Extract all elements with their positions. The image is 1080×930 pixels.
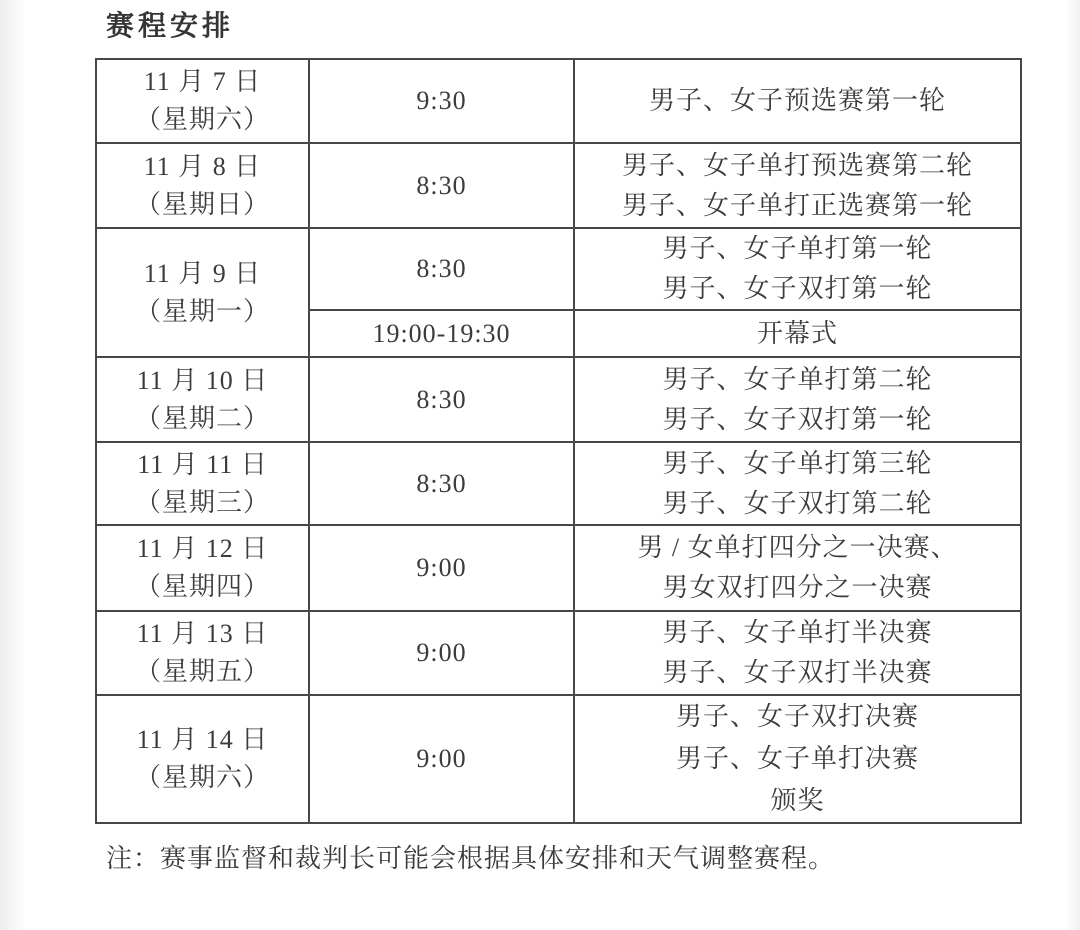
event-line: 男子、女子单打半决赛 <box>575 613 1020 653</box>
date-line: 11 月 7 日 <box>97 63 308 101</box>
date-cell: 11 月 8 日 （星期日） <box>96 143 309 228</box>
event-line: 男子、女子双打半决赛 <box>575 653 1020 693</box>
date-line: 11 月 14 日 <box>97 721 308 759</box>
event-line: 男子、女子单打第一轮 <box>575 229 1020 269</box>
date-cell: 11 月 12 日 （星期四） <box>96 525 309 611</box>
date-line: （星期三） <box>97 484 308 522</box>
event-line: 男子、女子预选赛第一轮 <box>575 81 1020 121</box>
event-line: 颁奖 <box>575 780 1020 822</box>
event-cell: 男子、女子单打第二轮 男子、女子双打第一轮 <box>574 357 1021 442</box>
event-cell: 男子、女子单打第三轮 男子、女子双打第二轮 <box>574 442 1021 525</box>
date-line: （星期日） <box>97 186 308 224</box>
date-cell: 11 月 7 日 （星期六） <box>96 59 309 143</box>
time-cell: 8:30 <box>309 357 574 442</box>
event-line: 男子、女子单打预选赛第二轮 <box>575 146 1020 186</box>
event-cell: 男 / 女单打四分之一决赛、 男女双打四分之一决赛 <box>574 525 1021 611</box>
date-cell: 11 月 10 日 （星期二） <box>96 357 309 442</box>
event-line: 男子、女子单打第三轮 <box>575 444 1020 484</box>
event-line: 男女双打四分之一决赛 <box>575 568 1020 608</box>
footnote: 注：赛事监督和裁判长可能会根据具体安排和天气调整赛程。 <box>106 838 835 875</box>
date-line: （星期六） <box>97 101 308 139</box>
date-line: （星期四） <box>97 568 308 606</box>
date-line: 11 月 9 日 <box>97 255 308 293</box>
table-row: 11 月 12 日 （星期四） 9:00 男 / 女单打四分之一决赛、 男女双打… <box>96 525 1021 611</box>
event-line: 男子、女子双打第一轮 <box>575 400 1020 440</box>
table-row: 11 月 10 日 （星期二） 8:30 男子、女子单打第二轮 男子、女子双打第… <box>96 357 1021 442</box>
time-cell: 19:00-19:30 <box>309 310 574 357</box>
time-cell: 8:30 <box>309 228 574 310</box>
event-line: 男子、女子双打决赛 <box>575 696 1020 738</box>
event-line: 男子、女子双打第一轮 <box>575 269 1020 309</box>
table-row: 11 月 14 日 （星期六） 9:00 男子、女子双打决赛 男子、女子单打决赛… <box>96 695 1021 823</box>
page-title: 赛程安排 <box>106 4 234 44</box>
date-cell: 11 月 13 日 （星期五） <box>96 611 309 695</box>
date-line: 11 月 11 日 <box>97 446 308 484</box>
table-row: 11 月 13 日 （星期五） 9:00 男子、女子单打半决赛 男子、女子双打半… <box>96 611 1021 695</box>
event-cell: 男子、女子单打半决赛 男子、女子双打半决赛 <box>574 611 1021 695</box>
event-cell: 男子、女子双打决赛 男子、女子单打决赛 颁奖 <box>574 695 1021 823</box>
date-line: 11 月 12 日 <box>97 530 308 568</box>
page-edge-left <box>0 0 26 930</box>
date-line: 11 月 8 日 <box>97 148 308 186</box>
page-edge-right <box>1066 0 1080 930</box>
date-cell: 11 月 9 日 （星期一） <box>96 228 309 357</box>
schedule-table: 11 月 7 日 （星期六） 9:30 男子、女子预选赛第一轮 11 月 8 日… <box>95 58 1022 824</box>
event-line: 男子、女子双打第二轮 <box>575 484 1020 524</box>
time-cell: 9:00 <box>309 525 574 611</box>
table-row: 11 月 8 日 （星期日） 8:30 男子、女子单打预选赛第二轮 男子、女子单… <box>96 143 1021 228</box>
date-line: 11 月 13 日 <box>97 615 308 653</box>
time-cell: 9:00 <box>309 611 574 695</box>
event-line: 男 / 女单打四分之一决赛、 <box>575 528 1020 568</box>
event-line: 男子、女子单打第二轮 <box>575 360 1020 400</box>
event-line: 男子、女子单打正选赛第一轮 <box>575 186 1020 226</box>
event-line: 男子、女子单打决赛 <box>575 738 1020 780</box>
event-cell: 男子、女子预选赛第一轮 <box>574 59 1021 143</box>
date-line: 11 月 10 日 <box>97 362 308 400</box>
time-cell: 9:30 <box>309 59 574 143</box>
table-row: 11 月 7 日 （星期六） 9:30 男子、女子预选赛第一轮 <box>96 59 1021 143</box>
date-line: （星期五） <box>97 653 308 691</box>
table-row: 11 月 9 日 （星期一） 8:30 男子、女子单打第一轮 男子、女子双打第一… <box>96 228 1021 310</box>
event-cell: 男子、女子单打第一轮 男子、女子双打第一轮 <box>574 228 1021 310</box>
date-line: （星期一） <box>97 293 308 331</box>
event-line: 开幕式 <box>575 314 1020 354</box>
date-cell: 11 月 14 日 （星期六） <box>96 695 309 823</box>
table-row: 11 月 11 日 （星期三） 8:30 男子、女子单打第三轮 男子、女子双打第… <box>96 442 1021 525</box>
date-line: （星期二） <box>97 400 308 438</box>
time-cell: 8:30 <box>309 442 574 525</box>
date-cell: 11 月 11 日 （星期三） <box>96 442 309 525</box>
event-cell: 男子、女子单打预选赛第二轮 男子、女子单打正选赛第一轮 <box>574 143 1021 228</box>
time-cell: 8:30 <box>309 143 574 228</box>
date-line: （星期六） <box>97 759 308 797</box>
time-cell: 9:00 <box>309 695 574 823</box>
event-cell: 开幕式 <box>574 310 1021 357</box>
